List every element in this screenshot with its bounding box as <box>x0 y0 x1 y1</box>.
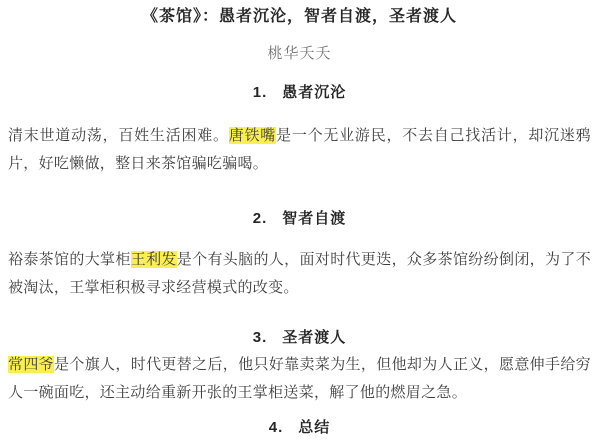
section-number: 3. <box>253 329 268 346</box>
highlighted-term: 王利发 <box>131 251 177 268</box>
paragraph-text: 清末世道动荡，百姓生活困难。 <box>8 127 229 144</box>
paragraph: 清末世道动荡，百姓生活困难。唐铁嘴是一个无业游民，不去自己找活计，却沉迷鸦片，好… <box>8 122 591 178</box>
section-2: 2.智者自渡 裕泰茶馆的大掌柜王利发是个有头脑的人，面对时代更迭，众多茶馆纷纷倒… <box>0 211 599 302</box>
paragraph: 裕泰茶馆的大掌柜王利发是个有头脑的人，面对时代更迭，众多茶馆纷纷倒闭，为了不被淘… <box>8 246 591 302</box>
section-heading: 3.圣者渡人 <box>0 330 599 346</box>
section-heading: 2.智者自渡 <box>0 211 599 227</box>
section-heading-text: 圣者渡人 <box>282 329 346 346</box>
highlighted-term: 唐铁嘴 <box>229 127 276 144</box>
section-1: 1.愚者沉沦 清末世道动荡，百姓生活困难。唐铁嘴是一个无业游民，不去自己找活计，… <box>0 85 599 178</box>
section-number: 4. <box>269 419 284 436</box>
highlighted-term: 常四爷 <box>8 356 54 373</box>
section-heading-text: 总结 <box>298 419 330 436</box>
section-number: 1. <box>253 84 268 101</box>
section-heading-text: 愚者沉沦 <box>282 84 346 101</box>
section-3: 3.圣者渡人 常四爷是个旗人，时代更替之后，他只好靠卖菜为生，但他却为人正义，愿… <box>0 330 599 407</box>
article-page: 《茶馆》：愚者沉沦，智者自渡，圣者渡人 桃华夭夭 1.愚者沉沦 清末世道动荡，百… <box>0 0 599 446</box>
paragraph: 常四爷是个旗人，时代更替之后，他只好靠卖菜为生，但他却为人正义，愿意伸手给穷人一… <box>8 351 591 407</box>
page-title: 《茶馆》：愚者沉沦，智者自渡，圣者渡人 <box>0 7 599 27</box>
section-heading: 1.愚者沉沦 <box>0 85 599 101</box>
section-4: 4.总结 <box>0 420 599 436</box>
paragraph-text: 裕泰茶馆的大掌柜 <box>8 251 131 268</box>
paragraph-text: 是个旗人，时代更替之后，他只好靠卖菜为生，但他却为人正义，愿意伸手给穷人一碗面吃… <box>8 356 591 401</box>
section-number: 2. <box>253 210 268 227</box>
author-name: 桃华夭夭 <box>0 44 599 64</box>
section-heading-text: 智者自渡 <box>282 210 346 227</box>
section-heading: 4.总结 <box>0 420 599 436</box>
